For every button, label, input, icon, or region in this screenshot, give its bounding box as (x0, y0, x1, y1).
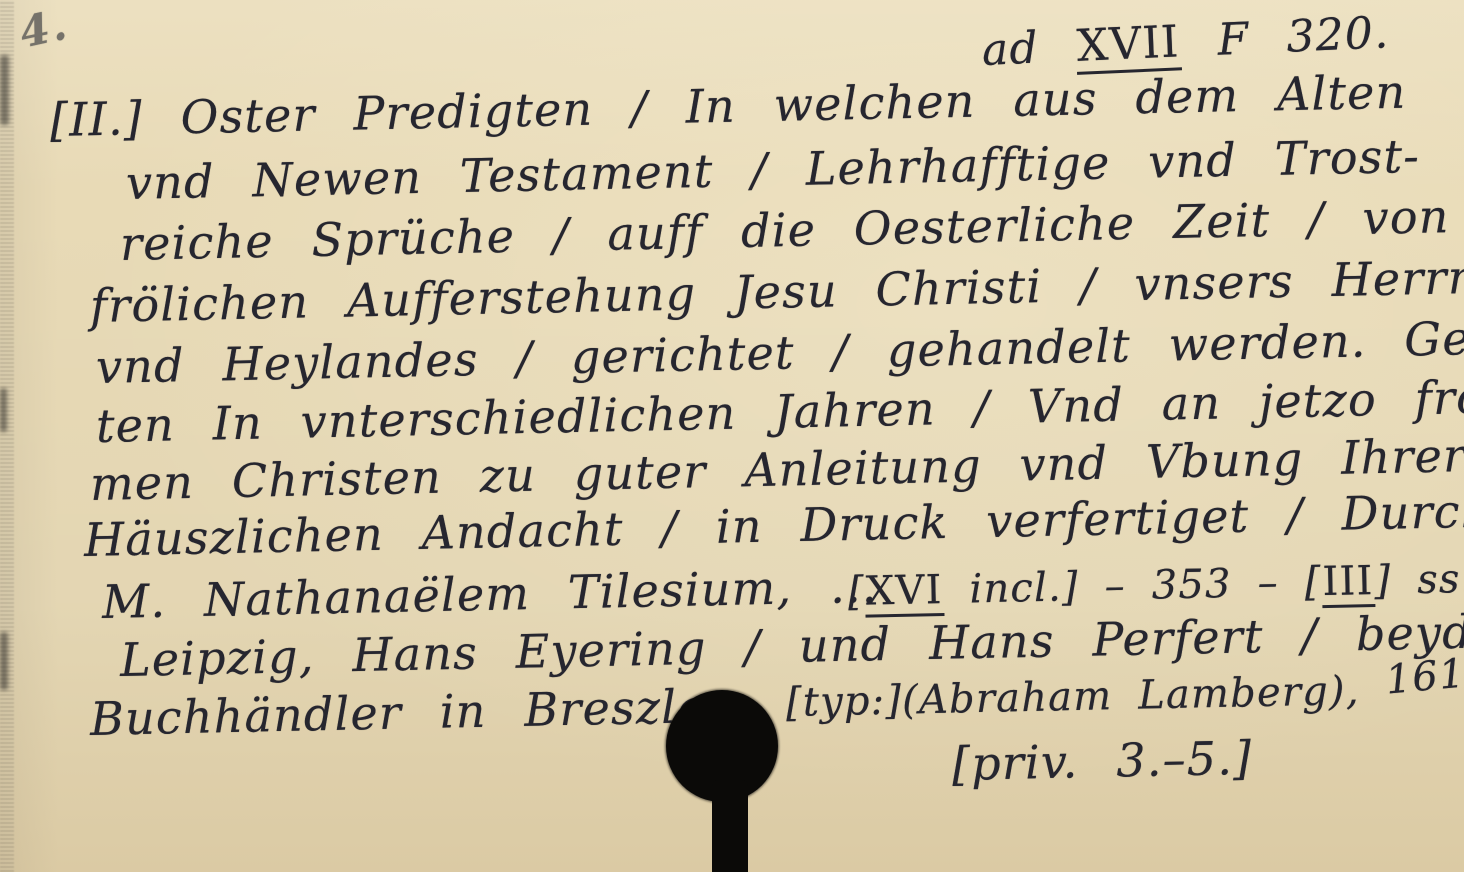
collation-open-bracket: [ (848, 569, 866, 615)
card-left-edge-texture (0, 0, 14, 872)
collation-close: ] ss. (1374, 556, 1464, 604)
shelfmark-prefix: ad (981, 21, 1077, 76)
edge-smudge (0, 388, 7, 432)
collation-mid: incl.] – 353 – [ (943, 559, 1322, 613)
shelfmark-suffix: F 320. (1179, 7, 1390, 67)
collation-roman-2: III (1321, 558, 1375, 608)
pencil-number: 4. (15, 0, 72, 57)
edge-smudge (0, 632, 8, 690)
shelfmark: ad XVII F 320. (981, 10, 1390, 74)
collation-note: [XVI incl.] – 353 – [III] ss. (848, 558, 1464, 613)
publication-year: 1611. (1384, 649, 1464, 702)
author-statement: M. Nathanaëlem Tilesium, ... (101, 562, 877, 627)
imprint-line-2: Buchhändler in Breszlaw. (89, 681, 757, 743)
privilege-note: [priv. 3.–5.] (951, 734, 1252, 789)
printer-name: [typ:](Abraham Lamberg), (786, 667, 1387, 726)
catalog-card: 4. ad XVII F 320. [II.] Oster Predigten … (0, 0, 1464, 872)
collation-roman-1: XVI (864, 567, 944, 618)
punch-hole-slot (712, 780, 748, 872)
shelfmark-roman-numeral: XVII (1075, 16, 1182, 75)
edge-smudge (0, 55, 9, 125)
printer-statement: [typ:](Abraham Lamberg), 1611. (786, 667, 1464, 724)
